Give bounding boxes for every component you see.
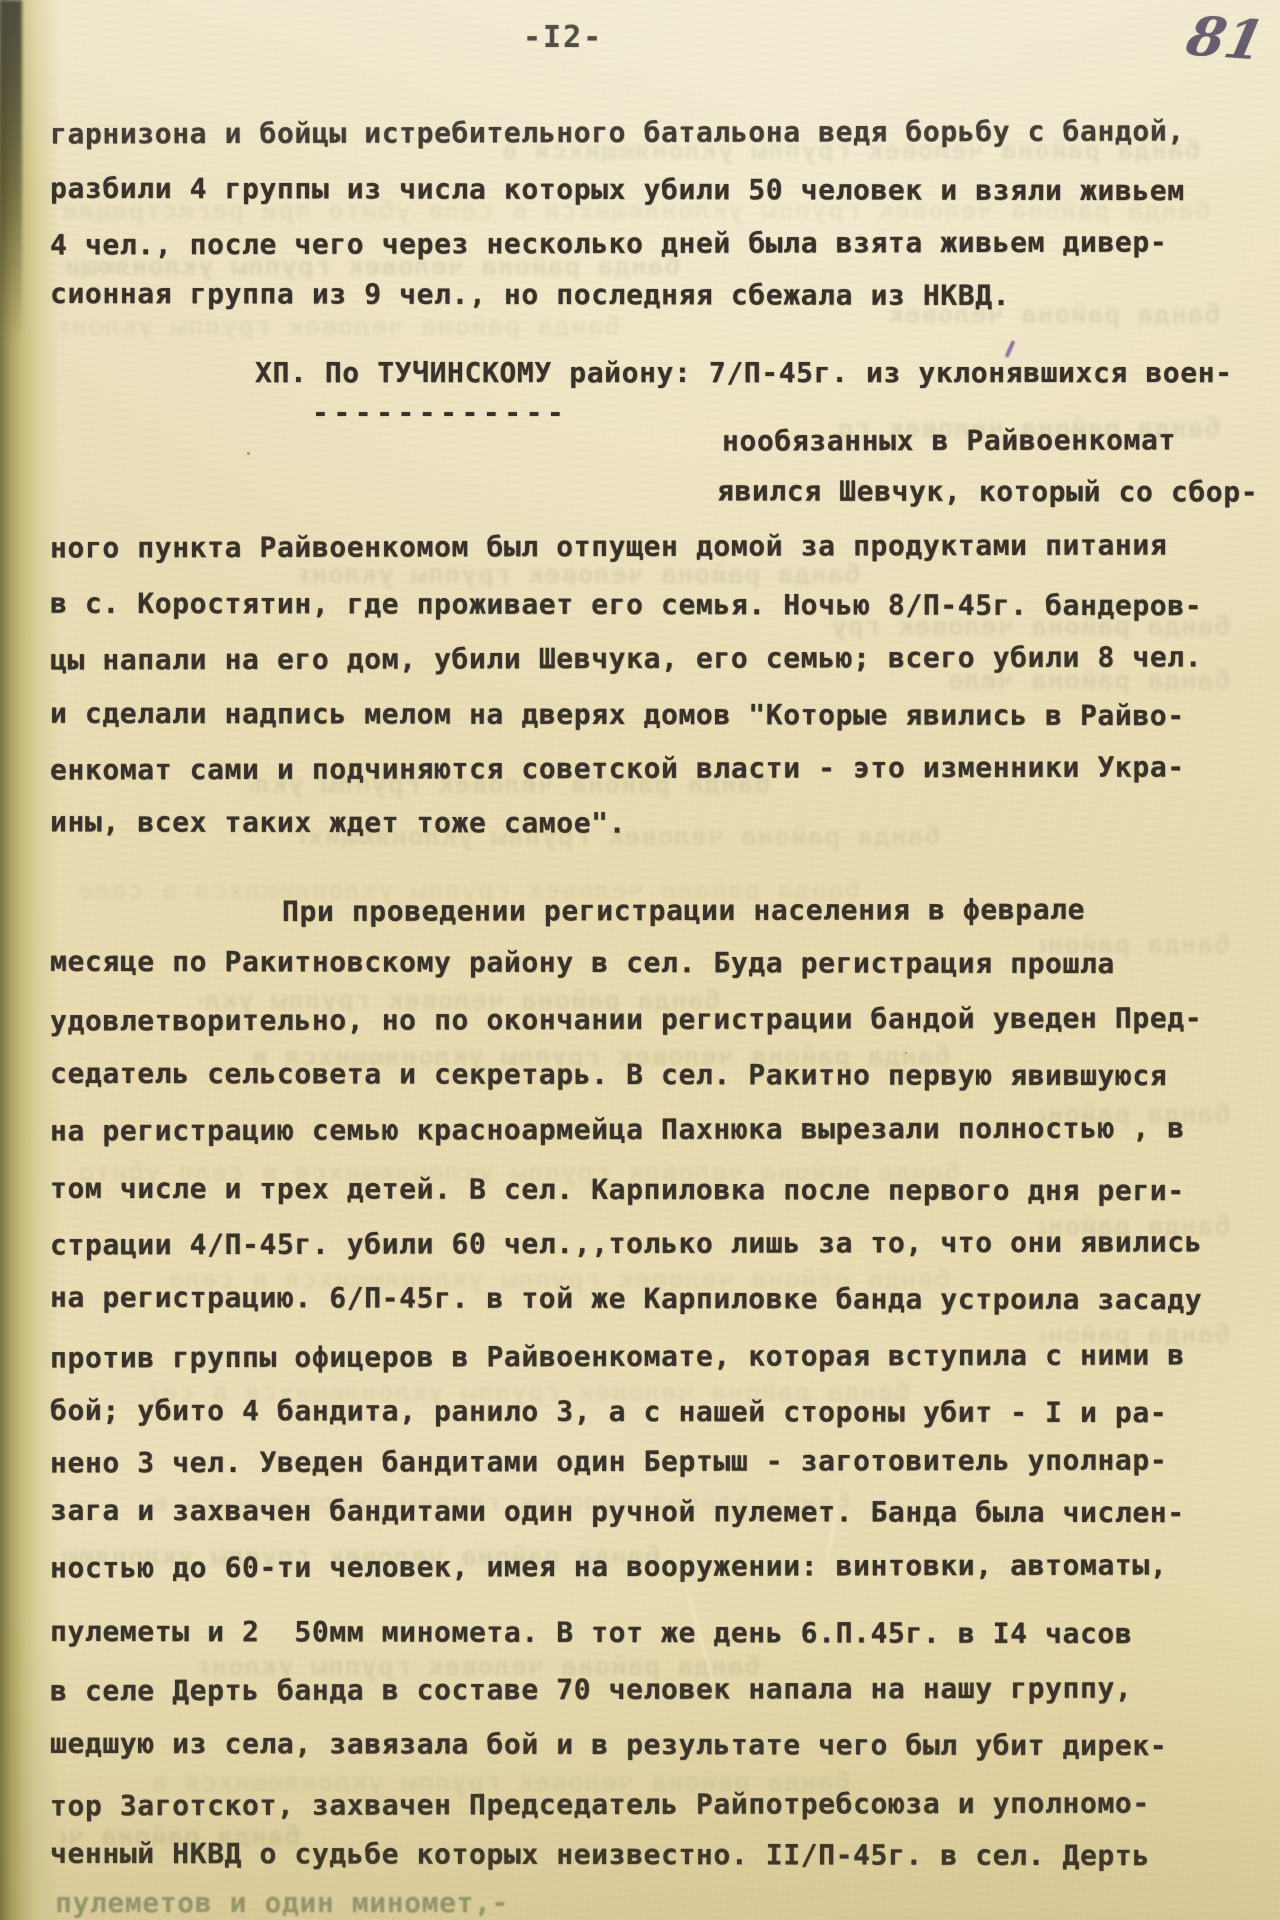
typed-text-line: на регистрацию. 6/П-45г. в той же Карпил… [50, 1281, 1202, 1317]
document-page: банда района человек группы уклоняющихся… [0, 0, 1280, 1920]
heading-underline: ------------ [312, 396, 568, 429]
typed-text-line: явился Шевчук, который со сбор- [717, 474, 1258, 509]
typed-text-line: против группы офицеров в Райвоенкомате, … [50, 1339, 1185, 1376]
typed-text-line: удовлетворительно, но по окончании регис… [50, 1001, 1202, 1038]
typed-text-line: ченный НКВД о судьбе которых неизвестно.… [50, 1837, 1150, 1873]
section-heading: ХП. По ТУЧИНСКОМУ району: 7/П-45г. из ук… [255, 356, 1233, 390]
typed-text-line: тор Заготскот, захвачен Председатель Рай… [50, 1787, 1150, 1824]
typed-text-line: седатель сельсовета и секретарь. В сел. … [50, 1057, 1167, 1093]
typed-text-line: 4 чел., после чего через несколько дней … [50, 226, 1167, 263]
typed-text-line: При проведении регистрации населения в ф… [282, 893, 1085, 929]
typed-text-line: гарнизона и бойцы истребительного баталь… [50, 115, 1185, 152]
bleedthrough-text: банда района человек группы уклоняющихся… [60, 312, 620, 344]
faint-typed-line: пулеметов и один миномет,- [55, 1886, 509, 1919]
typed-text-line: разбили 4 группы из числа которых убили … [50, 172, 1185, 208]
typed-text-line: страции 4/П-45г. убили 60 чел.,,только л… [50, 1225, 1202, 1262]
typed-text-line: цы напали на его дом, убили Шевчука, его… [50, 640, 1202, 677]
top-left-corner-shadow [0, 0, 22, 340]
typed-page-number: -I2- [523, 20, 603, 55]
typed-text-line: том числе и трех детей. В сел. Карпиловк… [50, 1172, 1185, 1208]
ink-speck [510, 1462, 512, 1464]
ink-speck [838, 292, 841, 295]
typed-text-line: шедшую из села, завязала бой и в результ… [50, 1727, 1167, 1763]
typed-text-line: в с. Коростятин, где проживает его семья… [50, 587, 1202, 623]
ink-speck [905, 1052, 907, 1054]
typed-text-line: нообязанных в Райвоенкомат [722, 423, 1176, 458]
typed-text-line: ины, всех таких ждет тоже самое". [50, 805, 626, 840]
typed-text-line: зага и захвачен бандитами один ручной пу… [50, 1494, 1185, 1530]
typed-text-line: на регистрацию семью красноармейца Пахню… [50, 1112, 1185, 1149]
typed-text-line: месяце по Ракитновскому району в сел. Бу… [50, 945, 1115, 981]
ink-speck [247, 452, 250, 455]
typed-text-line: ностью до 60-ти человек, имея на вооруже… [50, 1549, 1167, 1586]
typed-text-line: енкомат сами и подчиняются советской вла… [50, 751, 1185, 788]
handwritten-page-number: 81 [1181, 4, 1269, 72]
typed-text-line: пулеметы и 2 50мм миномета. В тот же ден… [50, 1615, 1132, 1651]
typed-text-line: сионная группа из 9 чел., но последняя с… [50, 277, 1010, 313]
typed-text-line: нено 3 чел. Уведен бандитами один Бертыш… [50, 1444, 1167, 1481]
typed-text-line: ного пункта Райвоенкомом был отпущен дом… [50, 529, 1167, 566]
typed-text-line: в селе Дерть банда в составе 70 человек … [50, 1672, 1132, 1709]
typed-text-line: и сделали надпись мелом на дверях домов … [50, 697, 1185, 733]
typed-text-line: бой; убито 4 бандита, ранило 3, а с наше… [50, 1394, 1167, 1430]
